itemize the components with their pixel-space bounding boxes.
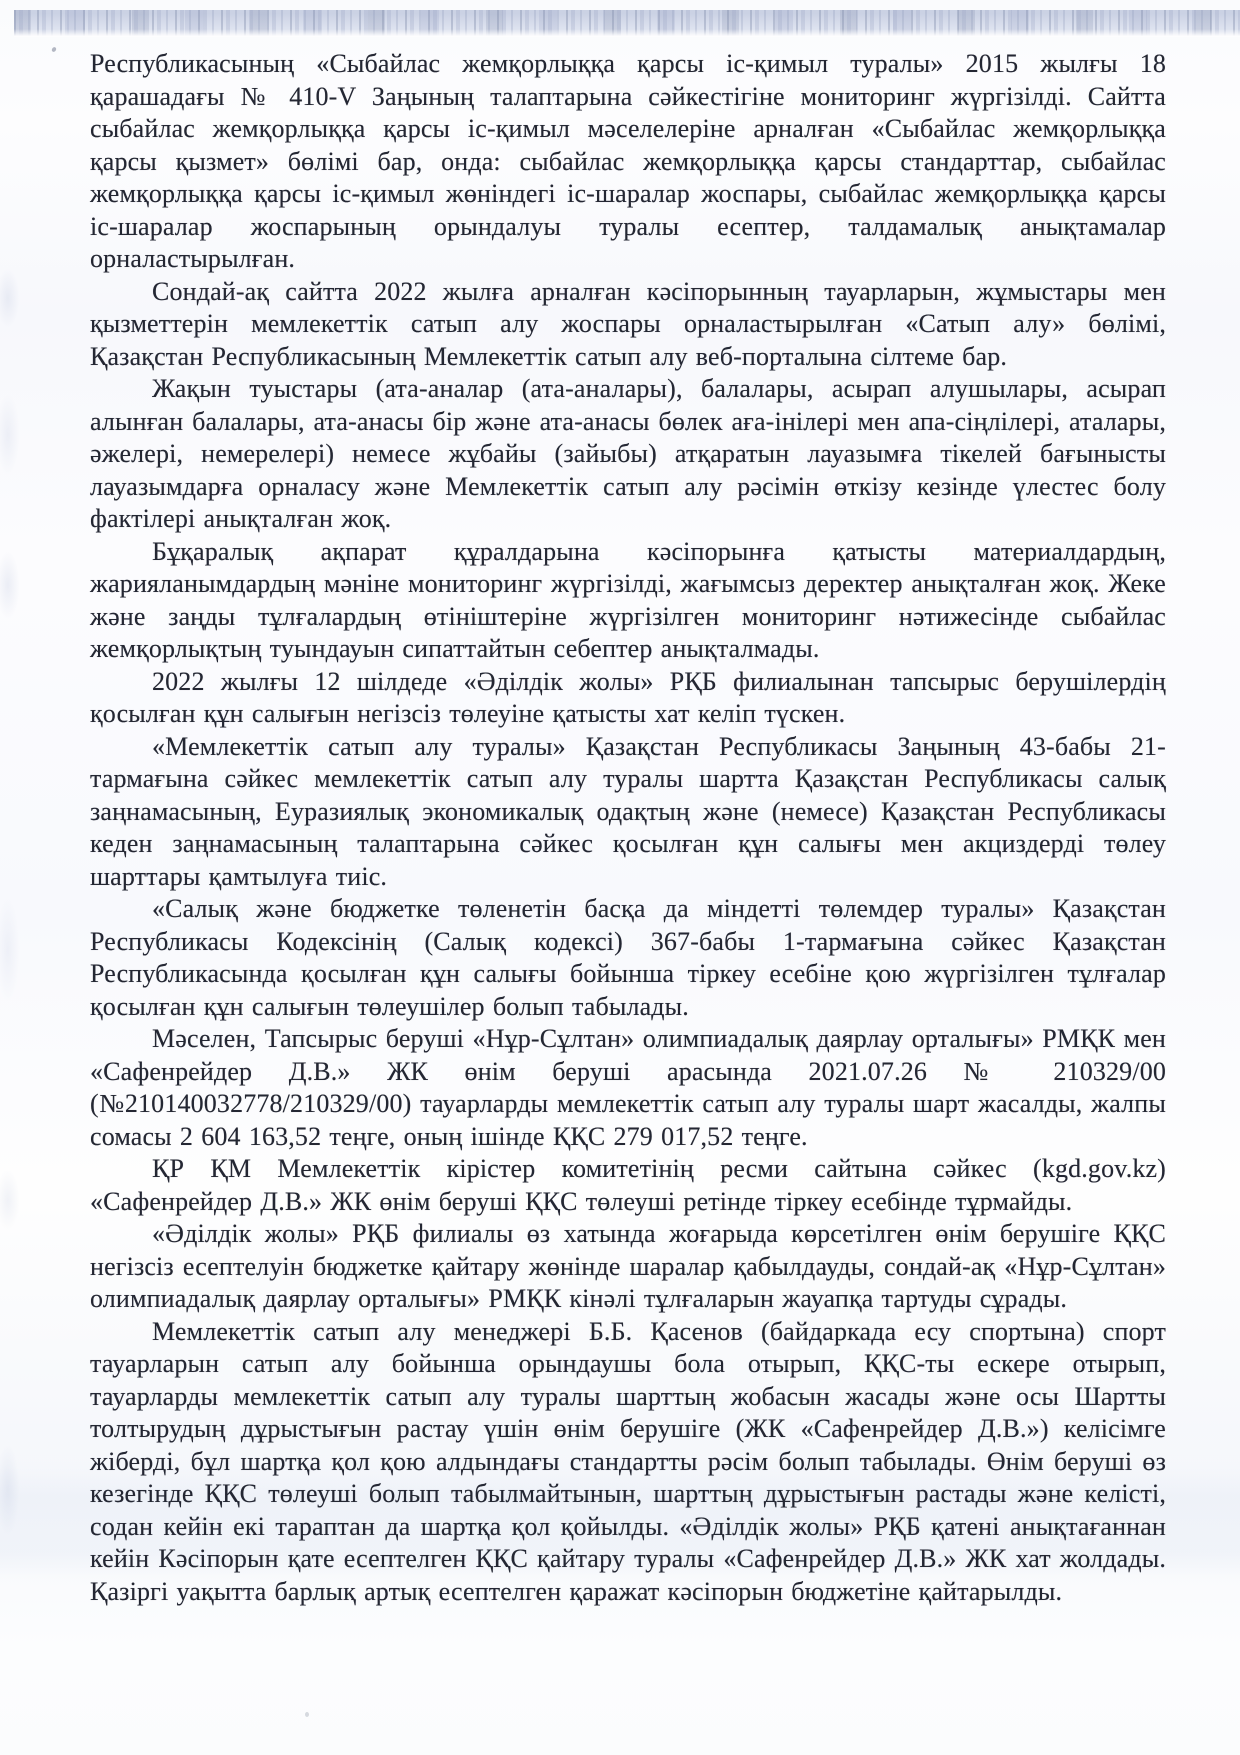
- scan-smudge: [0, 1430, 26, 1550]
- scan-speck: [51, 46, 57, 52]
- scan-smudge: [0, 258, 26, 338]
- paragraph: Бұқаралық ақпарат құралдарына кәсіпорынғ…: [90, 536, 1166, 666]
- scan-smudge: [0, 540, 26, 630]
- paragraph: Мемлекеттік сатып алу менеджері Б.Б. Қас…: [90, 1316, 1166, 1609]
- paragraph: Мәселен, Тапсырыс беруші «Нұр-Сұлтан» ол…: [90, 1023, 1166, 1153]
- paragraph: «Салық және бюджетке төленетін басқа да …: [90, 893, 1166, 1023]
- scan-smudge: [0, 880, 26, 1020]
- scan-smudge: [0, 380, 26, 490]
- paragraph: Жақын туыстары (ата-аналар (ата-аналары)…: [90, 373, 1166, 536]
- scan-speck: [305, 1712, 309, 1717]
- paragraph: Республикасының «Сыбайлас жемқорлыққа қа…: [90, 48, 1166, 276]
- paragraph: «Мемлекеттік сатып алу туралы» Қазақстан…: [90, 731, 1166, 894]
- paragraph: «Әділдік жолы» РҚБ филиалы өз хатында жо…: [90, 1218, 1166, 1316]
- paragraph: ҚР ҚМ Мемлекеттік кірістер комитетінің р…: [90, 1153, 1166, 1218]
- scanned-document-page: Республикасының «Сыбайлас жемқорлыққа қа…: [0, 0, 1240, 1755]
- scan-noise-band: [14, 10, 1240, 36]
- document-text: Республикасының «Сыбайлас жемқорлыққа қа…: [90, 48, 1166, 1608]
- paragraph: 2022 жылғы 12 шілдеде «Әділдік жолы» РҚБ…: [90, 666, 1166, 731]
- scan-smudge: [0, 1160, 26, 1240]
- paragraph: Сондай-ақ сайтта 2022 жылға арналған кәс…: [90, 276, 1166, 374]
